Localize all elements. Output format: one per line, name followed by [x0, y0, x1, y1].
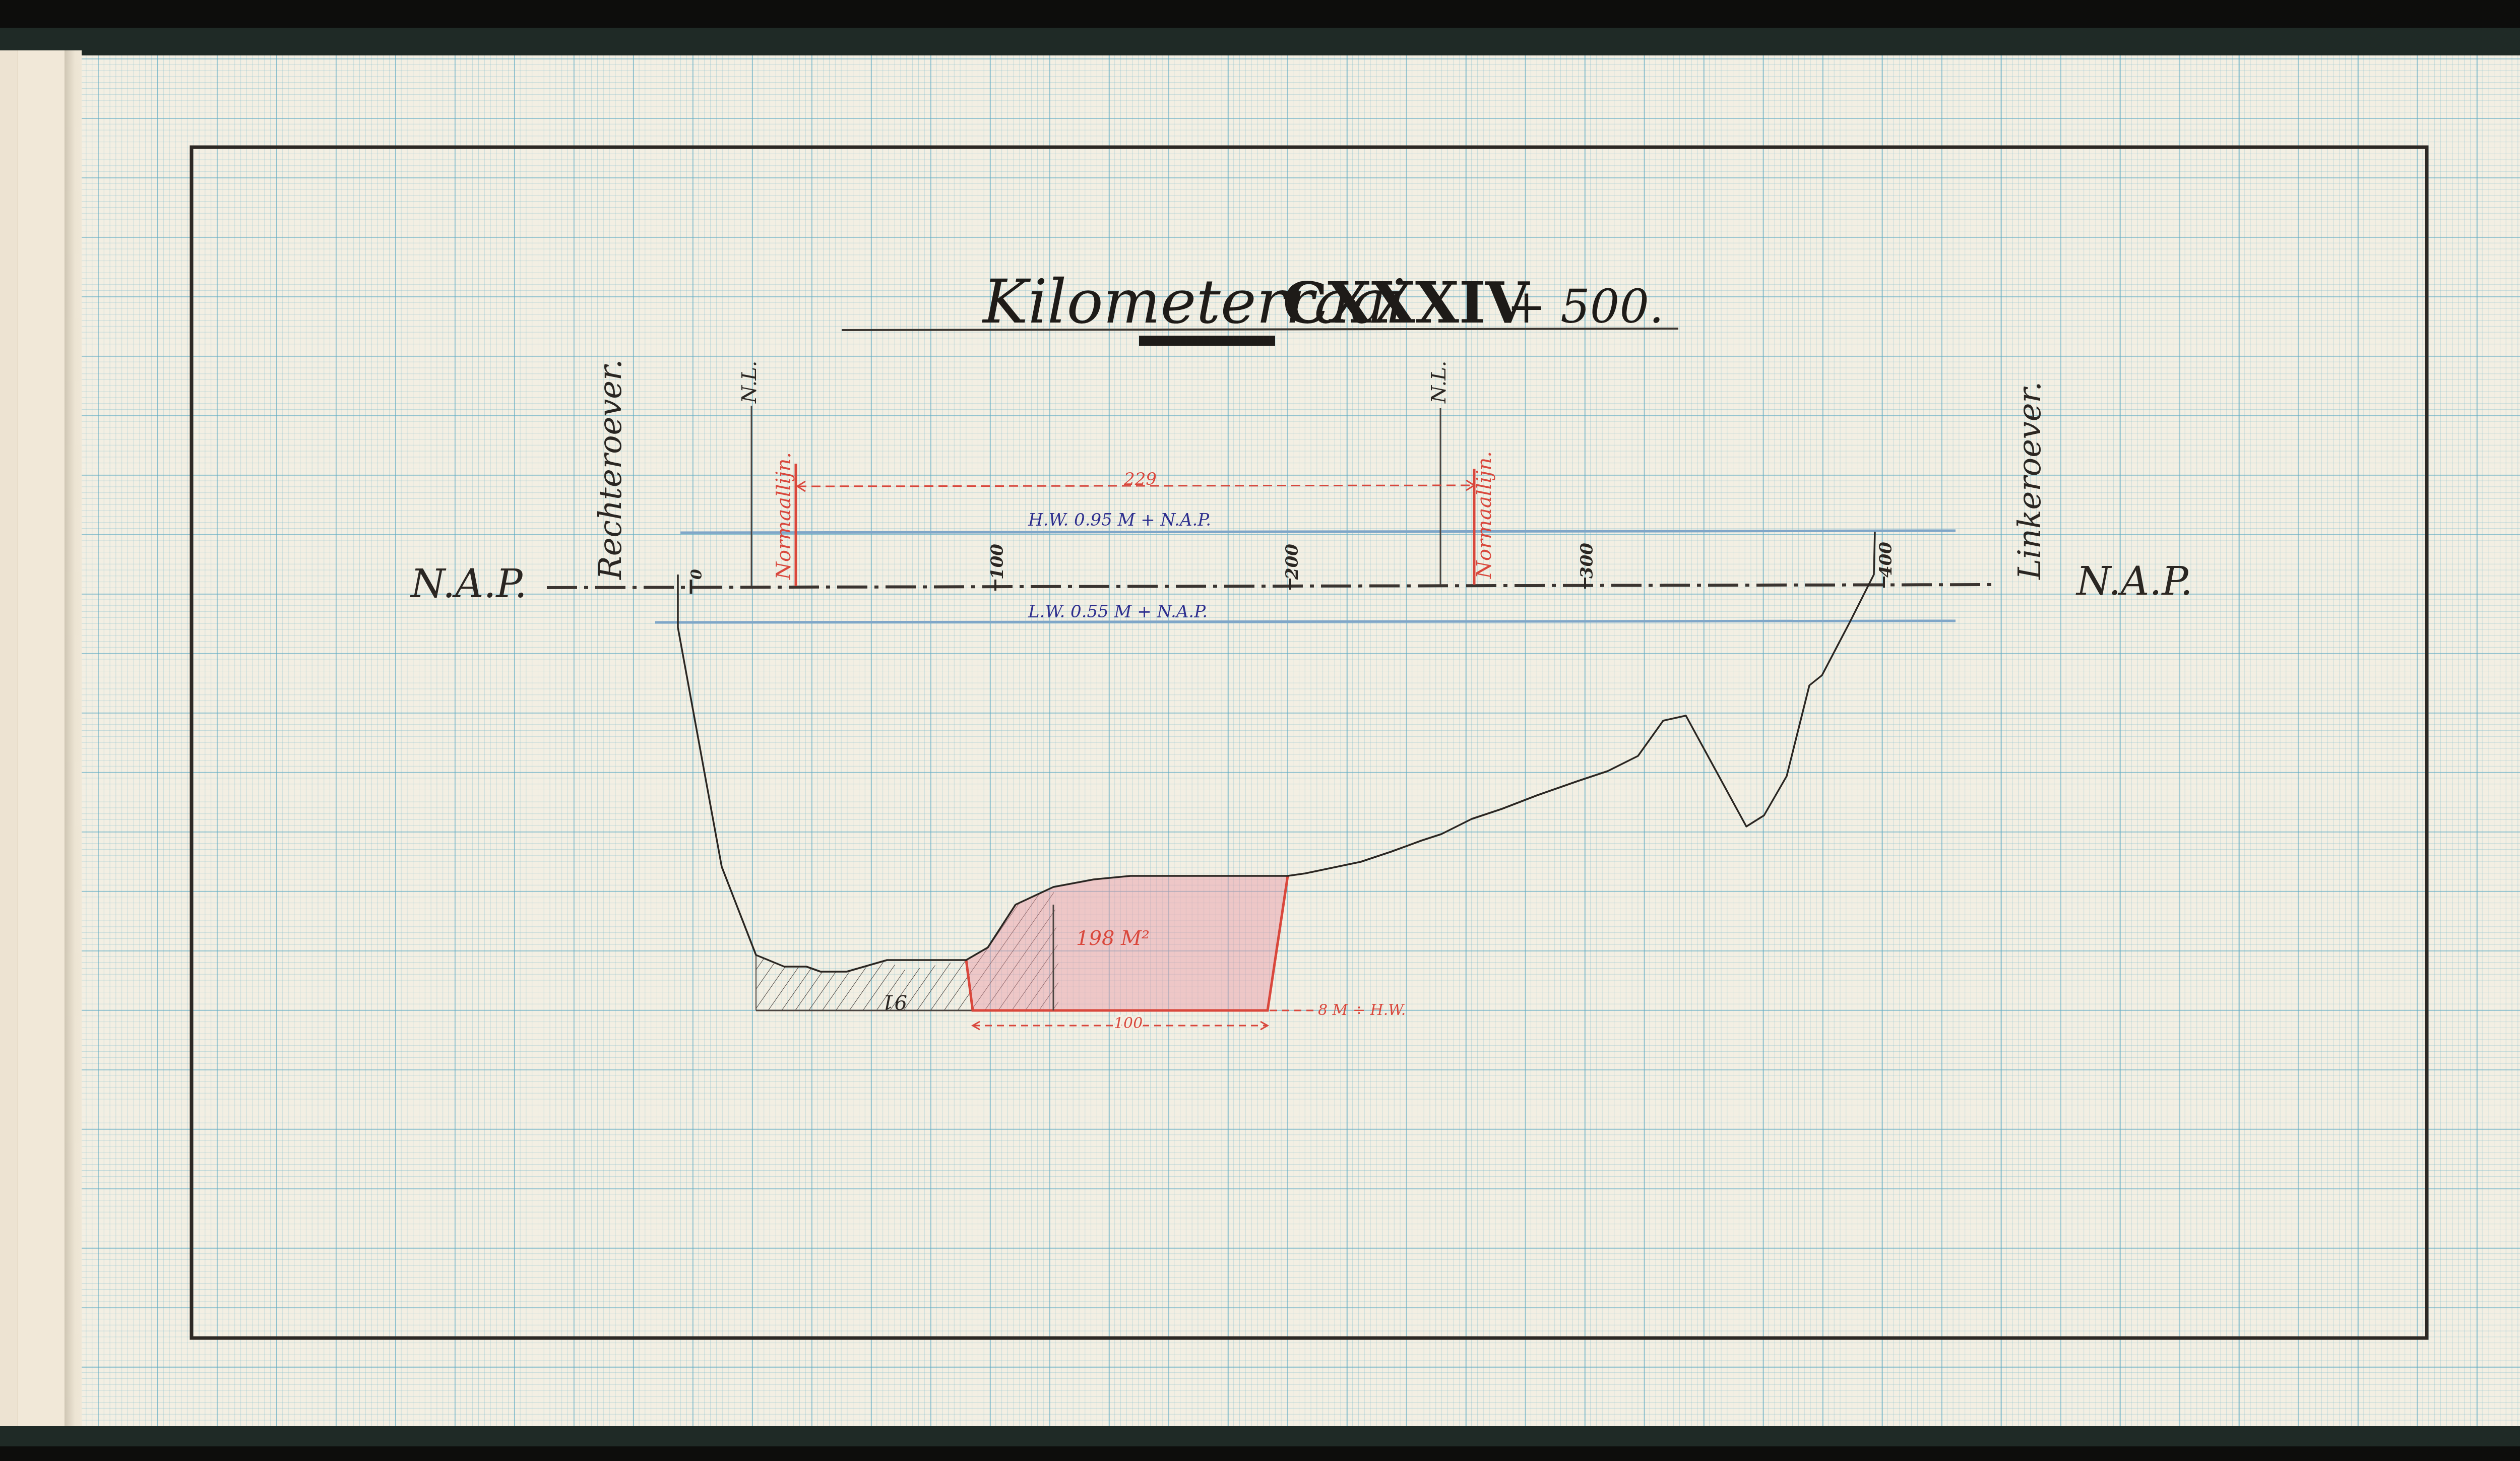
high-water-label: H.W. 0.95 M + N.A.P.	[1028, 510, 1211, 530]
cross-section-drawing: Kilometerraai CXXXIV + 500. H.W. 0.95 M …	[0, 0, 2520, 1461]
normal-width-label: 229	[1123, 469, 1157, 489]
dredge-width-label: 100	[1114, 1014, 1143, 1032]
dredge-area-label: 198 M²	[1076, 927, 1150, 950]
nap-label-right: N.A.P.	[2075, 559, 2193, 604]
left-bank-label: Linkeroever.	[2011, 382, 2048, 580]
tick-400: 400	[1876, 542, 1896, 578]
nl-right-label: N.L.	[1427, 361, 1451, 404]
title-numeral: CXXXIV	[1283, 270, 1530, 336]
hatched-area-label: 91	[881, 990, 907, 1013]
dredge-level-label: 8 M ÷ H.W.	[1318, 1001, 1406, 1019]
nl-left-label: N.L.	[738, 361, 761, 404]
tick-300: 300	[1577, 543, 1597, 579]
title-suffix: + 500.	[1507, 280, 1664, 334]
right-bank-label: Rechteroever.	[592, 359, 628, 580]
low-water-label: L.W. 0.55 M + N.A.P.	[1028, 602, 1208, 622]
tick-100: 100	[987, 544, 1007, 580]
normaallijn-right-label: Normaallijn.	[1473, 451, 1496, 579]
nap-datum-line	[547, 585, 1996, 588]
high-water-line	[680, 531, 1956, 533]
tick-200: 200	[1282, 544, 1302, 580]
scanned-notebook-page: Kilometerraai CXXXIV + 500. H.W. 0.95 M …	[0, 0, 2520, 1461]
title-block: Kilometerraai CXXXIV + 500.	[842, 267, 1678, 346]
low-water-line	[655, 621, 1956, 622]
nap-label-left: N.A.P.	[410, 561, 527, 607]
hatched-region	[756, 955, 973, 1010]
tick-0: 0	[688, 569, 706, 580]
title-bar	[1139, 336, 1275, 346]
normaallijn-left-label: Normaallijn.	[772, 452, 795, 580]
